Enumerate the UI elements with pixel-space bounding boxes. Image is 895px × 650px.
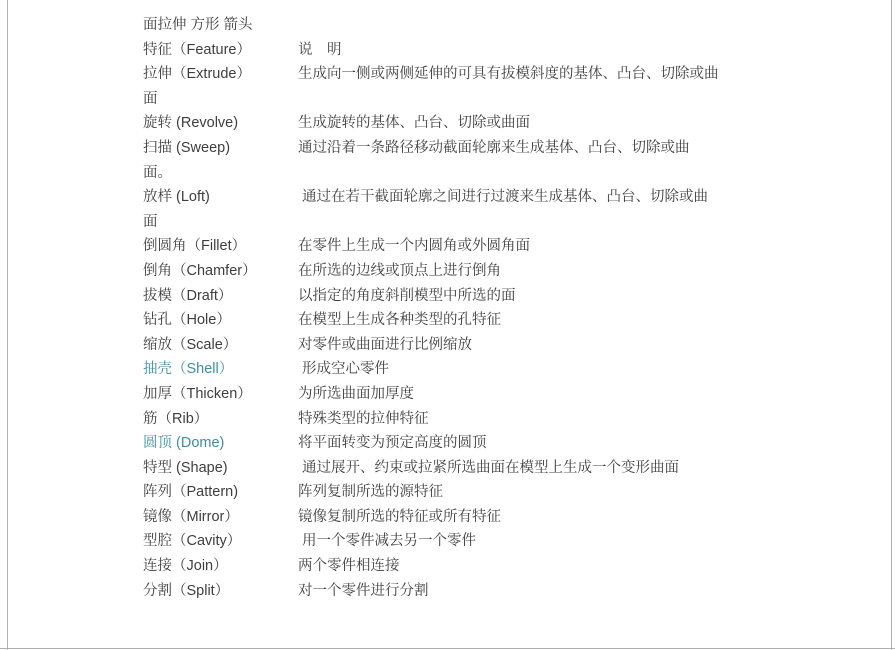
feature-description: 说 明	[298, 42, 342, 58]
feature-description: 通过在若干截面轮廓之间进行过渡来生成基体、凸台、切除或曲	[298, 189, 708, 205]
feature-name: 面。	[143, 161, 298, 186]
page-right-border	[891, 0, 892, 650]
feature-description: 为所选曲面加厚度	[298, 386, 414, 402]
text-line: 面拉伸 方形 箭头	[143, 13, 863, 38]
page-left-border	[7, 0, 8, 650]
feature-name: 特征（Feature）	[143, 38, 298, 63]
text-line: 阵列（Pattern)阵列复制所选的源特征	[143, 480, 863, 505]
feature-name: 面	[143, 210, 298, 235]
feature-name: 分割（Split）	[143, 579, 298, 604]
document-page: 面拉伸 方形 箭头 特征（Feature）说 明 拉伸（Extrude）生成向一…	[0, 0, 895, 650]
feature-description: 通过沿着一条路径移动截面轮廓来生成基体、凸台、切除或曲	[298, 140, 690, 156]
feature-description: 对一个零件进行分割	[298, 583, 429, 599]
feature-name: 抽壳（Shell）	[143, 357, 298, 382]
text-line: 缩放（Scale）对零件或曲面进行比例缩放	[143, 333, 863, 358]
text-line: 型腔（Cavity） 用一个零件减去另一个零件	[143, 529, 863, 554]
feature-name: 面拉伸 方形 箭头	[143, 13, 298, 38]
feature-description: 以指定的角度斜削模型中所选的面	[298, 288, 516, 304]
feature-name: 筋（Rib）	[143, 407, 298, 432]
feature-name: 拉伸（Extrude）	[143, 62, 298, 87]
feature-description: 生成旋转的基体、凸台、切除或曲面	[298, 115, 530, 131]
feature-description: 用一个零件减去另一个零件	[298, 533, 476, 549]
text-line: 旋转 (Revolve)生成旋转的基体、凸台、切除或曲面	[143, 111, 863, 136]
text-line: 扫描 (Sweep)通过沿着一条路径移动截面轮廓来生成基体、凸台、切除或曲	[143, 136, 863, 161]
feature-name: 型腔（Cavity）	[143, 529, 298, 554]
text-line: 分割（Split）对一个零件进行分割	[143, 579, 863, 604]
feature-description: 形成空心零件	[298, 361, 389, 377]
text-line: 抽壳（Shell） 形成空心零件	[143, 357, 863, 382]
feature-description: 生成向一侧或两侧延伸的可具有拔模斜度的基体、凸台、切除或曲	[298, 66, 719, 82]
feature-name: 旋转 (Revolve)	[143, 111, 298, 136]
text-line: 放样 (Loft) 通过在若干截面轮廓之间进行过渡来生成基体、凸台、切除或曲	[143, 185, 863, 210]
document-lines: 面拉伸 方形 箭头 特征（Feature）说 明 拉伸（Extrude）生成向一…	[143, 13, 863, 603]
feature-description: 通过展开、约束或拉紧所选曲面在模型上生成一个变形曲面	[298, 460, 679, 476]
text-line: 筋（Rib）特殊类型的拉伸特征	[143, 407, 863, 432]
text-line: 钻孔（Hole）在模型上生成各种类型的孔特征	[143, 308, 863, 333]
feature-description: 镜像复制所选的特征或所有特征	[298, 509, 501, 525]
feature-name: 圆顶 (Dome)	[143, 431, 298, 456]
text-line: 倒角（Chamfer）在所选的边线或顶点上进行倒角	[143, 259, 863, 284]
text-line: 镜像（Mirror）镜像复制所选的特征或所有特征	[143, 505, 863, 530]
text-line: 加厚（Thicken）为所选曲面加厚度	[143, 382, 863, 407]
feature-name: 钻孔（Hole）	[143, 308, 298, 333]
feature-description: 阵列复制所选的源特征	[298, 484, 443, 500]
feature-name: 缩放（Scale）	[143, 333, 298, 358]
text-line: 特征（Feature）说 明	[143, 38, 863, 63]
feature-description: 特殊类型的拉伸特征	[298, 411, 429, 427]
text-line: 连接（Join）两个零件相连接	[143, 554, 863, 579]
feature-description: 对零件或曲面进行比例缩放	[298, 337, 472, 353]
feature-name: 特型 (Shape)	[143, 456, 298, 481]
text-line-continuation: 面	[143, 210, 863, 235]
text-line: 拔模（Draft）以指定的角度斜削模型中所选的面	[143, 284, 863, 309]
feature-description: 在所选的边线或顶点上进行倒角	[298, 263, 501, 279]
feature-description: 将平面转变为预定高度的圆顶	[298, 435, 487, 451]
text-line: 倒圆角（Fillet）在零件上生成一个内圆角或外圆角面	[143, 234, 863, 259]
text-line-continuation: 面	[143, 87, 863, 112]
feature-description: 在零件上生成一个内圆角或外圆角面	[298, 238, 530, 254]
feature-description: 在模型上生成各种类型的孔特征	[298, 312, 501, 328]
feature-name: 面	[143, 87, 298, 112]
feature-name: 放样 (Loft)	[143, 185, 298, 210]
feature-name: 连接（Join）	[143, 554, 298, 579]
feature-name: 拔模（Draft）	[143, 284, 298, 309]
text-line: 特型 (Shape) 通过展开、约束或拉紧所选曲面在模型上生成一个变形曲面	[143, 456, 863, 481]
feature-name: 倒角（Chamfer）	[143, 259, 298, 284]
feature-name: 扫描 (Sweep)	[143, 136, 298, 161]
text-line: 圆顶 (Dome)将平面转变为预定高度的圆顶	[143, 431, 863, 456]
page-bottom-border	[0, 648, 895, 649]
text-line: 拉伸（Extrude）生成向一侧或两侧延伸的可具有拔模斜度的基体、凸台、切除或曲	[143, 62, 863, 87]
feature-name: 阵列（Pattern)	[143, 480, 298, 505]
feature-name: 倒圆角（Fillet）	[143, 234, 298, 259]
text-line-continuation: 面。	[143, 161, 863, 186]
feature-name: 镜像（Mirror）	[143, 505, 298, 530]
feature-name: 加厚（Thicken）	[143, 382, 298, 407]
feature-description: 两个零件相连接	[298, 558, 400, 574]
